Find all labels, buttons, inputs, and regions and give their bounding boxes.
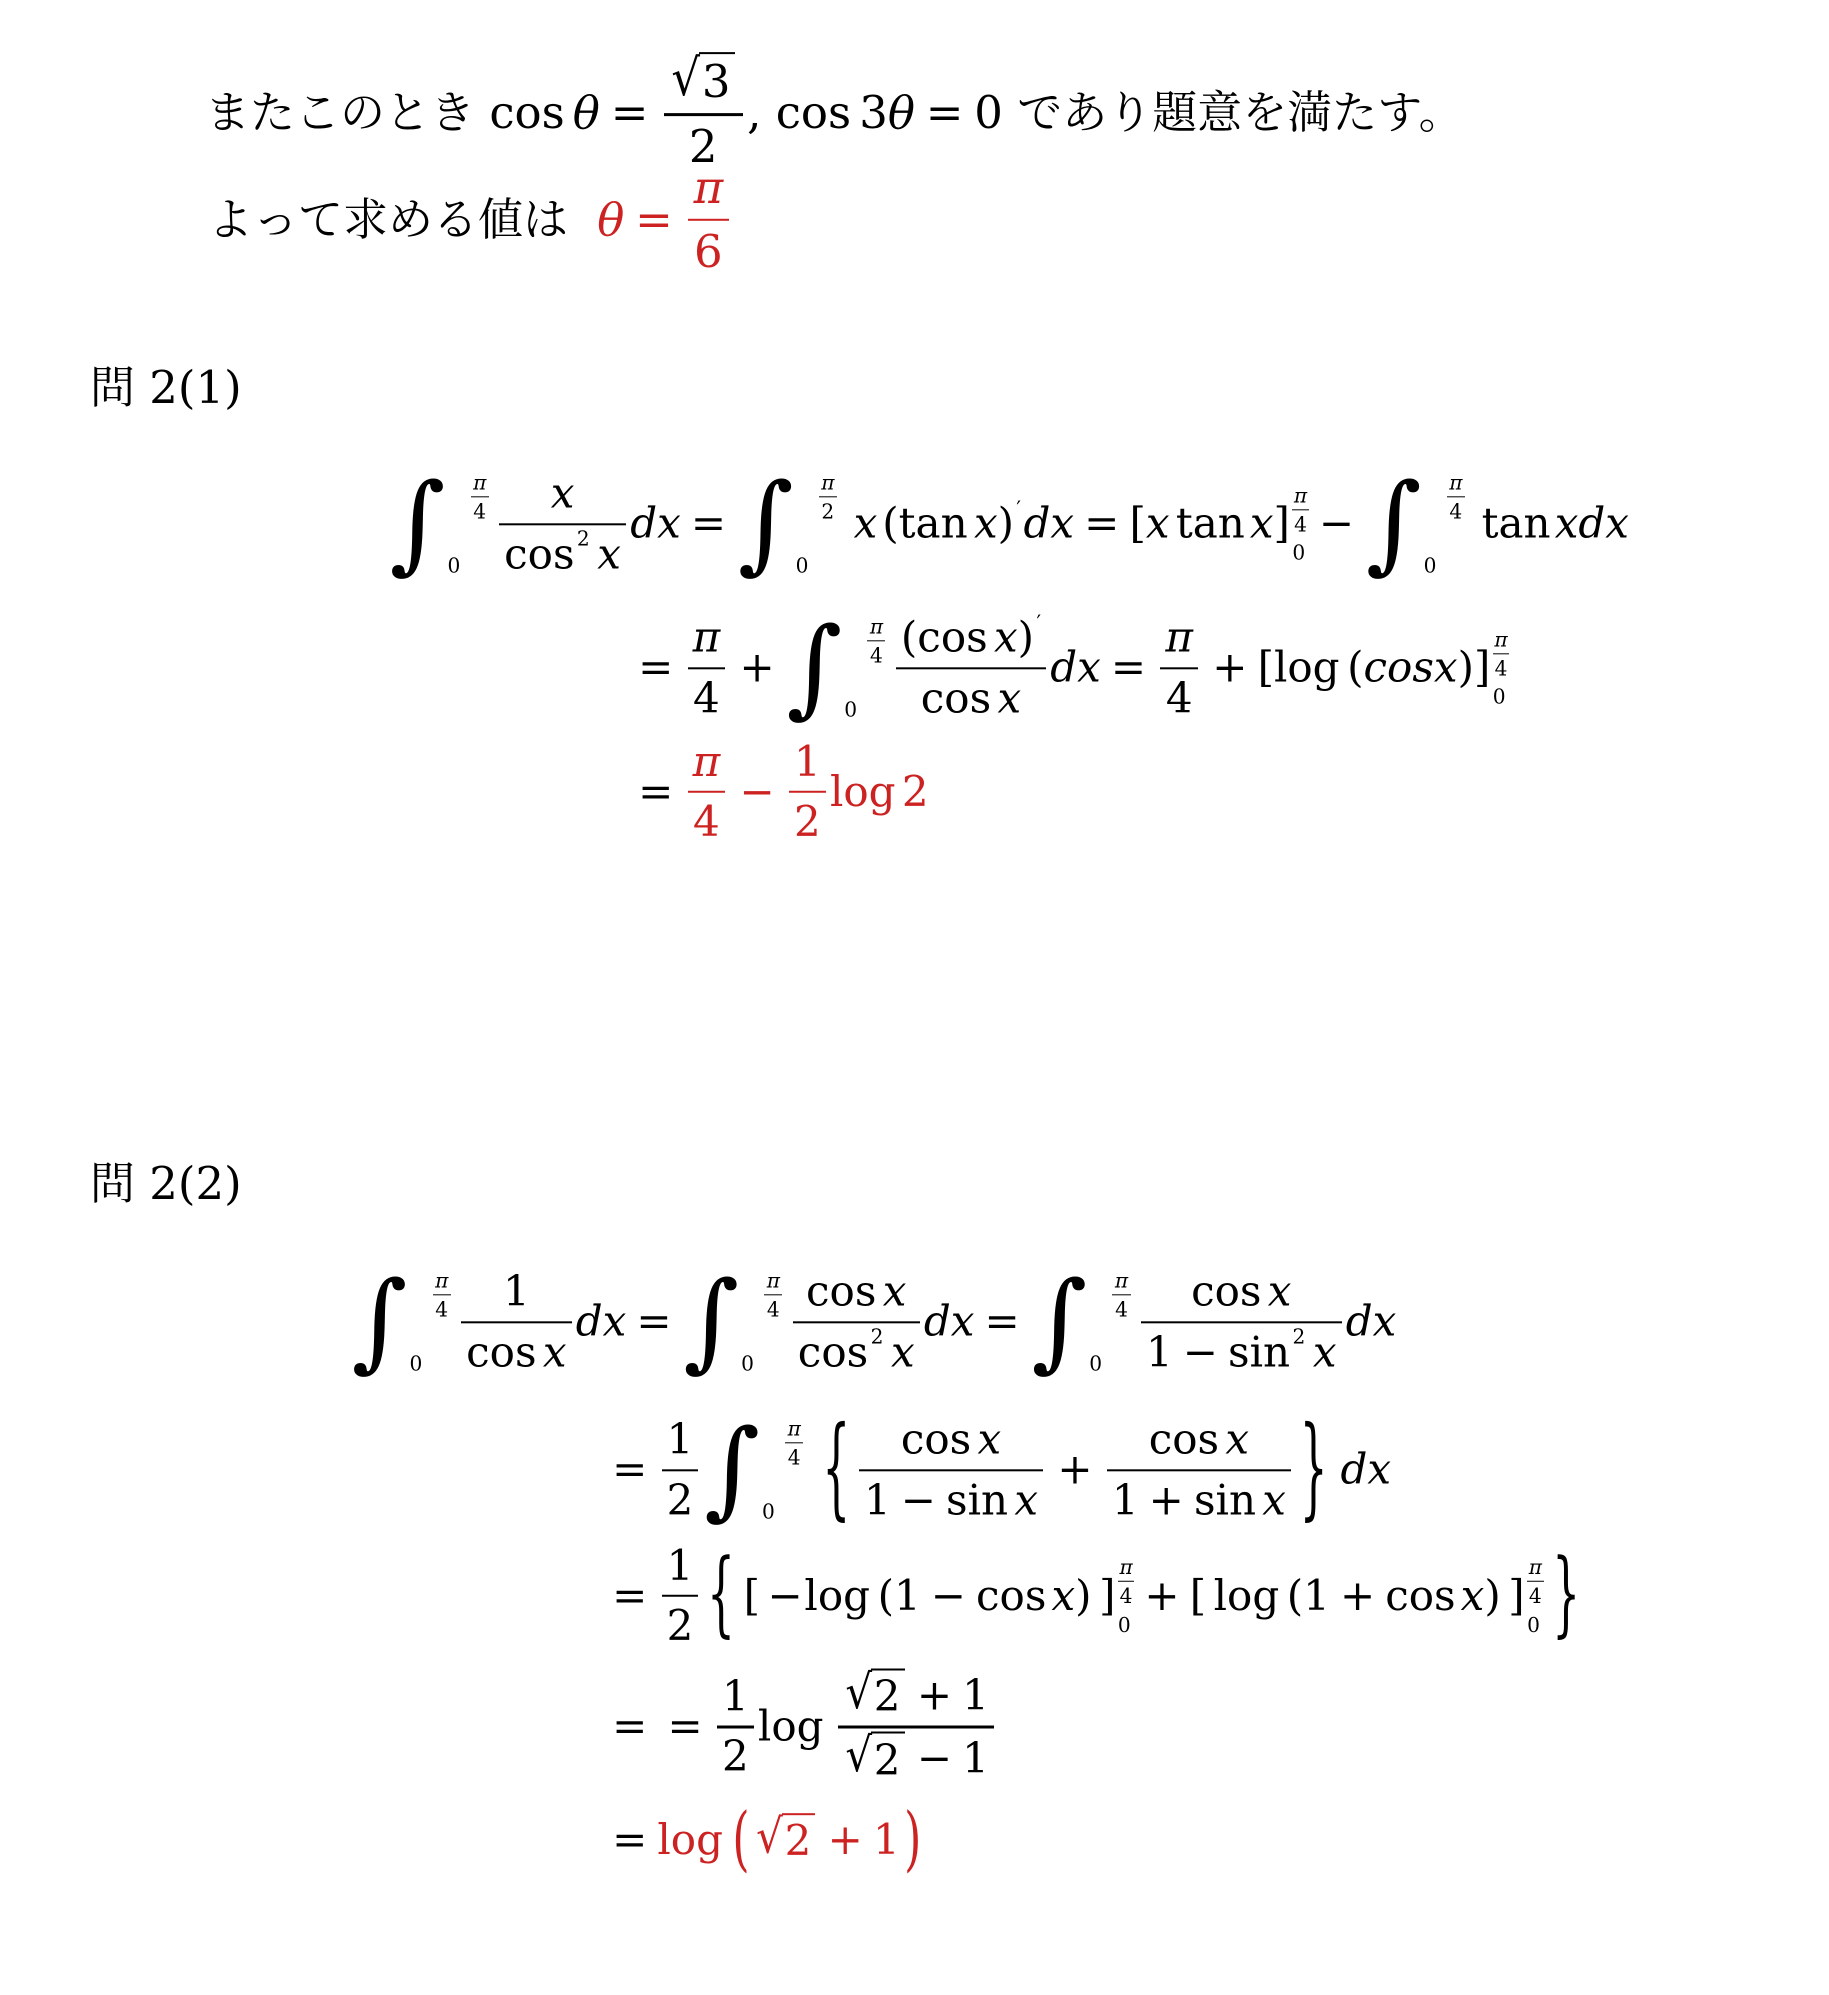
fraction-denominator: 1+sinx xyxy=(1107,1475,1291,1525)
fraction-bar xyxy=(688,791,726,793)
fraction-numerator: 1 xyxy=(662,1541,699,1591)
math-operator: − xyxy=(1183,1327,1218,1377)
math-fraction: 1cosx xyxy=(461,1267,571,1377)
math-text: 4 xyxy=(1529,1584,1542,1608)
integral-upper-limit: π4 xyxy=(431,1268,453,1321)
math-variable: θ xyxy=(597,193,624,247)
fraction-bar xyxy=(688,219,728,221)
fraction-numerator: cosx xyxy=(1144,1415,1254,1465)
fraction-numerator: π xyxy=(1493,627,1509,651)
subscript: 0 xyxy=(1493,685,1506,709)
integral-lower-limit: 0 xyxy=(844,697,887,721)
radical-sign-icon: √ xyxy=(845,1668,872,1717)
superscript: 2 xyxy=(577,526,590,550)
integral-limits: π40 xyxy=(407,1266,452,1377)
math-text: 1 xyxy=(722,1672,749,1722)
superscript: ′ xyxy=(1036,610,1041,634)
fraction-bar xyxy=(1112,1294,1130,1295)
fraction-denominator: 2 xyxy=(717,1732,754,1782)
fraction-bar xyxy=(819,496,837,497)
math-variable: π xyxy=(821,470,834,494)
math-variable: x xyxy=(1268,1267,1292,1317)
math-text: 4 xyxy=(767,1297,780,1321)
math-text: [ xyxy=(744,1571,760,1621)
math-text: cos xyxy=(976,1571,1046,1621)
fraction-denominator: 4 xyxy=(1293,512,1309,536)
integral-sign-icon: ∫ xyxy=(352,1266,408,1377)
square-root: √3 xyxy=(671,52,735,109)
fraction-numerator: cosx xyxy=(896,1415,1006,1465)
math-space xyxy=(1279,1595,1287,1596)
eq1-line2: =π4+∫π40(cosx)′cosxdx=π4+[log(cosx)]π40 xyxy=(628,612,1509,723)
math-space xyxy=(1332,1470,1340,1471)
math-fraction: (cosx)′cosx xyxy=(896,613,1046,723)
radicand: 2 xyxy=(871,1732,904,1786)
math-operator: + xyxy=(917,1670,952,1720)
math-text: ] xyxy=(1508,1571,1524,1621)
fraction-bar xyxy=(1493,653,1509,654)
fraction-numerator: π xyxy=(1118,1555,1134,1579)
math-operator: = xyxy=(926,86,964,140)
fraction-bar xyxy=(764,1294,782,1295)
math-space xyxy=(1340,667,1348,668)
fraction-numerator: π xyxy=(688,613,726,663)
math-variable: xdx xyxy=(1555,499,1629,549)
fraction-denominator: 2 xyxy=(662,1475,699,1525)
math-space xyxy=(1544,1595,1548,1596)
math-text: sin xyxy=(1194,1475,1256,1525)
eq2-line2: =12∫π40{cosx1−sinx+cosx1+sinx}dx xyxy=(602,1414,1391,1525)
radical-sign-icon: √ xyxy=(671,51,700,104)
math-base: (cosx) xyxy=(901,613,1034,663)
math-text: 4 xyxy=(788,1445,801,1469)
integral-lower-limit: 0 xyxy=(796,553,839,577)
math-variable: dx xyxy=(924,1297,975,1347)
math-space xyxy=(851,112,859,113)
fraction-denominator: 4 xyxy=(765,1297,783,1321)
math-text: sin xyxy=(946,1475,1008,1525)
math-fraction: π4 xyxy=(764,1268,782,1321)
math-text: 2 xyxy=(785,1816,812,1866)
math-text: cos xyxy=(776,86,851,140)
math-text: 1 xyxy=(503,1267,530,1317)
math-variable: π xyxy=(870,614,883,638)
math-variable: x xyxy=(883,1267,907,1317)
math-fraction: 12 xyxy=(662,1541,699,1651)
fraction-denominator: 4 xyxy=(433,1297,451,1321)
fraction-numerator: √2+1 xyxy=(838,1669,994,1723)
math-variable: π xyxy=(1529,1555,1542,1579)
math-variable: cosx xyxy=(1364,643,1458,693)
math-base: [−log(1−cosx)] xyxy=(744,1571,1116,1621)
fraction-bar xyxy=(471,496,489,497)
math-operator: = xyxy=(612,1445,647,1495)
big-delimiter: ) xyxy=(904,1805,921,1876)
math-fraction: π4 xyxy=(1493,627,1509,680)
math-fraction: cosx1+sinx xyxy=(1107,1415,1291,1525)
square-root: √2 xyxy=(845,1669,904,1723)
fraction-denominator: cos2x xyxy=(499,529,626,579)
math-scripts: 2 xyxy=(871,1324,884,1348)
math-text: 2 xyxy=(667,1601,694,1651)
integral: ∫π40 xyxy=(352,1266,453,1377)
math-operator: − xyxy=(1319,499,1354,549)
math-variable: π xyxy=(1115,1268,1128,1292)
fraction-bar xyxy=(499,523,626,525)
math-variable: dx xyxy=(1346,1297,1397,1347)
math-variable: dx xyxy=(576,1297,627,1347)
math-text: (1 xyxy=(1287,1571,1330,1621)
math-text: log xyxy=(804,1571,870,1621)
fraction-numerator: (cosx)′ xyxy=(896,613,1046,663)
big-delimiter: ( xyxy=(732,1805,749,1876)
superscript: π4 xyxy=(1493,627,1509,680)
math-text: ′ xyxy=(1036,610,1041,634)
integral-limits: π40 xyxy=(1087,1266,1132,1377)
integral-upper-limit: π4 xyxy=(865,614,887,667)
integral: ∫π40 xyxy=(786,612,887,723)
big-delimiter: { xyxy=(822,1415,850,1525)
math-text: [log xyxy=(1258,643,1340,693)
math-text: 問 2(1) xyxy=(90,361,242,415)
radicand: 2 xyxy=(782,1813,815,1867)
integral-upper-limit: π4 xyxy=(1110,1268,1132,1321)
math-operator: = xyxy=(635,193,673,247)
fraction-numerator: π xyxy=(688,161,728,215)
subscript: 0 xyxy=(1292,541,1305,565)
square-root: √2 xyxy=(845,1732,904,1786)
math-scripted-group: [−log(1−cosx)]π40 xyxy=(744,1555,1135,1637)
math-text: 2 xyxy=(821,499,834,523)
math-operator: = xyxy=(667,1702,702,1752)
fraction-denominator: 4 xyxy=(1113,1297,1131,1321)
math-fraction: π4 xyxy=(1118,1555,1134,1608)
fraction-bar xyxy=(688,667,726,669)
math-text: ] xyxy=(1099,1571,1115,1621)
fraction-bar xyxy=(664,114,743,116)
fraction-numerator: π xyxy=(819,470,837,494)
math-space xyxy=(1471,524,1482,525)
subscript: 0 xyxy=(1527,1613,1540,1637)
square-root: √2 xyxy=(756,1813,815,1867)
math-space xyxy=(723,1839,728,1840)
math-operator: + xyxy=(1144,1571,1179,1621)
math-variable: x xyxy=(1225,1415,1249,1465)
integral-limits: π20 xyxy=(794,468,839,579)
math-base: cos xyxy=(798,1327,868,1377)
math-text: (cos xyxy=(901,613,988,663)
math-variable: π xyxy=(694,161,724,215)
fraction-denominator: cosx xyxy=(916,673,1026,723)
math-text: 問 2(2) xyxy=(90,1157,242,1211)
fraction-numerator: π xyxy=(433,1268,451,1292)
math-text: tan xyxy=(1482,499,1551,549)
fraction-numerator: √3 xyxy=(664,52,743,109)
math-text: 1 xyxy=(1112,1475,1139,1525)
fraction-denominator: 4 xyxy=(1118,1584,1134,1608)
fraction-bar xyxy=(1141,1321,1342,1323)
document-page: またこのとき cosθ=√32, cos3θ=0 であり題意を満たす。 よって求… xyxy=(0,0,1829,1995)
math-text: 0 xyxy=(1493,685,1506,709)
math-space xyxy=(824,1726,835,1727)
superscript: 2 xyxy=(871,1324,884,1348)
math-operator: − xyxy=(917,1733,952,1783)
math-text: sin xyxy=(1228,1327,1290,1377)
math-operator: + xyxy=(1057,1445,1092,1495)
fraction-bar xyxy=(867,640,885,641)
math-space xyxy=(568,219,597,220)
math-text: cos xyxy=(806,1267,876,1317)
math-text: (tan xyxy=(882,499,967,549)
math-text: cos xyxy=(466,1327,536,1377)
math-scripts: π40 xyxy=(1493,627,1509,709)
fraction-denominator: 2 xyxy=(819,499,837,523)
radicand: 2 xyxy=(871,1669,904,1723)
math-variable: x xyxy=(1250,499,1274,549)
math-text: 1 xyxy=(864,1475,891,1525)
fraction-denominator: 4 xyxy=(688,673,725,723)
eq1-line3: =π4−12log2 xyxy=(628,737,929,847)
math-space xyxy=(870,1595,878,1596)
fraction-bar xyxy=(461,1321,571,1323)
integral-upper-limit: π4 xyxy=(783,1416,805,1469)
fraction-bar xyxy=(662,1595,699,1597)
fraction-numerator: π xyxy=(1292,483,1308,507)
math-scripted-group: cos2 xyxy=(798,1327,884,1377)
fraction-denominator: 4 xyxy=(1527,1584,1543,1608)
fraction-numerator: π xyxy=(1112,1268,1130,1292)
math-text: 1 xyxy=(962,1733,989,1783)
math-scripts: ′ xyxy=(1036,610,1041,634)
math-fraction: π4 xyxy=(867,614,885,667)
math-operator: = xyxy=(985,1297,1020,1347)
math-fraction: √2+1√2−1 xyxy=(838,1669,994,1786)
math-text: 4 xyxy=(1166,673,1193,723)
fraction-numerator: π xyxy=(1447,470,1465,494)
math-text: 2 xyxy=(871,1324,884,1348)
math-fraction: 12 xyxy=(662,1415,699,1525)
math-scripted-group: [log(cosx)]π40 xyxy=(1258,627,1510,709)
fraction-denominator: 2 xyxy=(662,1601,699,1651)
math-text: 2 xyxy=(667,1475,694,1525)
math-scripted-group: (cosx)′ xyxy=(901,613,1041,663)
fraction-numerator: 1 xyxy=(717,1672,754,1722)
integral-sign-icon: ∫ xyxy=(1031,1266,1087,1377)
integral-lower-limit: 0 xyxy=(762,1499,805,1523)
math-text: 0 xyxy=(1424,553,1437,577)
math-text: ) xyxy=(1018,613,1034,663)
math-text: 2 xyxy=(1292,1324,1305,1348)
math-fraction: π4 xyxy=(1292,483,1308,536)
fraction-bar xyxy=(1292,509,1308,510)
math-operator: = xyxy=(1111,643,1146,693)
math-variable: π xyxy=(693,613,721,663)
math-text: 0 xyxy=(1089,1351,1102,1375)
eq2-line4: ==12log√2+1√2−1 xyxy=(602,1669,998,1786)
math-variable: π xyxy=(473,470,486,494)
math-operator: − xyxy=(739,767,774,817)
math-text: 2 xyxy=(874,1672,901,1722)
math-fraction: √32 xyxy=(664,52,743,174)
fraction-bar xyxy=(785,1442,803,1443)
superscript: π4 xyxy=(1292,483,1308,536)
fraction-denominator: 6 xyxy=(689,225,728,279)
math-text: log xyxy=(657,1815,723,1865)
math-operator: + xyxy=(1149,1475,1184,1525)
math-text: 0 xyxy=(796,553,809,577)
math-text: またこのとき xyxy=(205,86,489,140)
math-operator: = xyxy=(638,643,673,693)
fraction-bar xyxy=(717,1726,754,1728)
math-variable: dx xyxy=(1024,499,1075,549)
math-fraction: xcos2x xyxy=(499,469,626,579)
fraction-bar xyxy=(793,1321,920,1323)
math-operator: = xyxy=(638,767,673,817)
math-base: cos xyxy=(504,529,574,579)
integral-limits: π40 xyxy=(842,612,887,723)
math-fraction: cosxcos2x xyxy=(793,1267,920,1377)
math-variable: π xyxy=(1119,1555,1132,1579)
math-variable: dx xyxy=(630,499,681,549)
math-operator: = xyxy=(612,1702,647,1752)
math-base: (tanx) xyxy=(882,499,1014,549)
math-scripts: π40 xyxy=(1527,1555,1543,1637)
integral-sign-icon: ∫ xyxy=(786,612,842,723)
math-fraction: 12 xyxy=(789,737,826,847)
math-variable: π xyxy=(1165,613,1193,663)
math-text: 4 xyxy=(693,673,720,723)
math-variable: x xyxy=(543,1327,567,1377)
math-text: であり題意を満たす。 xyxy=(1003,86,1464,140)
fraction-numerator: cosx xyxy=(1186,1267,1296,1317)
integral-sign-icon: ∫ xyxy=(704,1414,760,1525)
fraction-denominator: √2−1 xyxy=(838,1732,994,1786)
integral: ∫π40 xyxy=(390,468,491,579)
fraction-bar xyxy=(1447,496,1465,497)
math-variable: x xyxy=(1051,1571,1075,1621)
math-fraction: cosx1−sinx xyxy=(859,1415,1043,1525)
math-text: cos xyxy=(489,86,564,140)
math-text: 0 xyxy=(409,1351,422,1375)
fraction-bar xyxy=(433,1294,451,1295)
math-fraction: 12 xyxy=(717,1672,754,1782)
fraction-bar xyxy=(1118,1581,1134,1582)
math-variable: x xyxy=(1262,1475,1286,1525)
math-scripts: π40 xyxy=(1118,1555,1134,1637)
math-text: 0 xyxy=(1527,1613,1540,1637)
math-space xyxy=(1092,1595,1100,1596)
math-space xyxy=(883,1352,891,1353)
fraction-numerator: π xyxy=(867,614,885,638)
math-text: 3 xyxy=(859,86,888,140)
math-text: cos xyxy=(901,1415,971,1465)
fraction-bar xyxy=(1527,1581,1543,1582)
integral-limits: π40 xyxy=(760,1414,805,1525)
math-variable: π xyxy=(1294,483,1307,507)
math-variable: π xyxy=(435,1268,448,1292)
big-delimiter: { xyxy=(707,1550,735,1643)
math-text: 0 xyxy=(1118,1613,1131,1637)
fraction-numerator: π xyxy=(688,737,726,787)
fraction-denominator: 1−sin2x xyxy=(1141,1327,1342,1377)
math-base: [log(1+cosx)] xyxy=(1190,1571,1525,1621)
math-operator: − xyxy=(901,1475,936,1525)
math-text: log xyxy=(830,767,896,817)
math-text: 0 xyxy=(844,697,857,721)
math-text: cos xyxy=(1149,1415,1219,1465)
math-variable: x xyxy=(854,499,878,549)
math-text: 4 xyxy=(870,643,883,667)
math-text: , xyxy=(747,86,776,140)
math-fraction: π4 xyxy=(1527,1555,1543,1608)
integral-sign-icon: ∫ xyxy=(1366,468,1422,579)
integral-limits: π40 xyxy=(1422,468,1467,579)
fraction-numerator: π xyxy=(1160,613,1198,663)
math-text: 1 xyxy=(794,737,821,787)
math-fraction: π4 xyxy=(688,737,726,847)
math-variable: π xyxy=(693,737,721,787)
integral: ∫π40 xyxy=(704,1414,805,1525)
math-text: 4 xyxy=(1294,512,1307,536)
math-scripted-group: (tanx)′ xyxy=(882,499,1021,549)
fraction-numerator: π xyxy=(471,470,489,494)
math-variable: π xyxy=(1449,470,1462,494)
big-delimiter: } xyxy=(1300,1415,1328,1525)
math-space xyxy=(760,1595,768,1596)
math-text: 4 xyxy=(1449,499,1462,523)
fraction-bar xyxy=(896,667,1046,669)
eq2-line3: =12{[−log(1−cosx)]π40+[log(1+cosx)]π40} xyxy=(602,1541,1585,1651)
math-text: 4 xyxy=(473,499,486,523)
math-operator: = xyxy=(612,1571,647,1621)
math-variable: θ xyxy=(573,86,600,140)
math-variable: x xyxy=(1461,1571,1485,1621)
eq1-line1: ∫π40xcos2xdx=∫π20x(tanx)′dx=[xtanx]π40−∫… xyxy=(388,468,1629,579)
superscript: ′ xyxy=(1016,496,1021,520)
fraction-numerator: cosx xyxy=(801,1267,911,1317)
integral-sign-icon: ∫ xyxy=(683,1266,739,1377)
integral-lower-limit: 0 xyxy=(447,553,490,577)
math-text: 0 xyxy=(974,86,1003,140)
math-text: cos xyxy=(504,529,574,579)
math-text: 1 xyxy=(1146,1327,1173,1377)
math-text: 1 xyxy=(667,1541,694,1591)
math-text: ( xyxy=(1347,643,1363,693)
math-variable: x xyxy=(997,673,1021,723)
fraction-bar xyxy=(662,1469,699,1471)
fraction-denominator: cosx xyxy=(461,1327,571,1377)
fraction-numerator: 1 xyxy=(789,737,826,787)
math-fraction: π4 xyxy=(1447,470,1465,523)
integral-lower-limit: 0 xyxy=(1089,1351,1132,1375)
math-scripts: ′ xyxy=(1016,496,1021,520)
math-text: 0 xyxy=(762,1499,775,1523)
fraction-numerator: 1 xyxy=(498,1267,535,1317)
fraction-bar xyxy=(859,1469,1043,1471)
math-scripts: 2 xyxy=(577,526,590,550)
big-delimiter: } xyxy=(1552,1550,1580,1643)
math-text: 0 xyxy=(447,553,460,577)
math-fraction: π4 xyxy=(471,470,489,523)
radical-sign-icon: √ xyxy=(756,1812,783,1861)
math-operator: + xyxy=(739,643,774,693)
math-operator: = xyxy=(611,86,649,140)
math-text: [ xyxy=(1129,499,1145,549)
math-space xyxy=(565,112,573,113)
integral-limits: π40 xyxy=(739,1266,784,1377)
math-text: 0 xyxy=(741,1351,754,1375)
superscript: 2 xyxy=(1292,1324,1305,1348)
